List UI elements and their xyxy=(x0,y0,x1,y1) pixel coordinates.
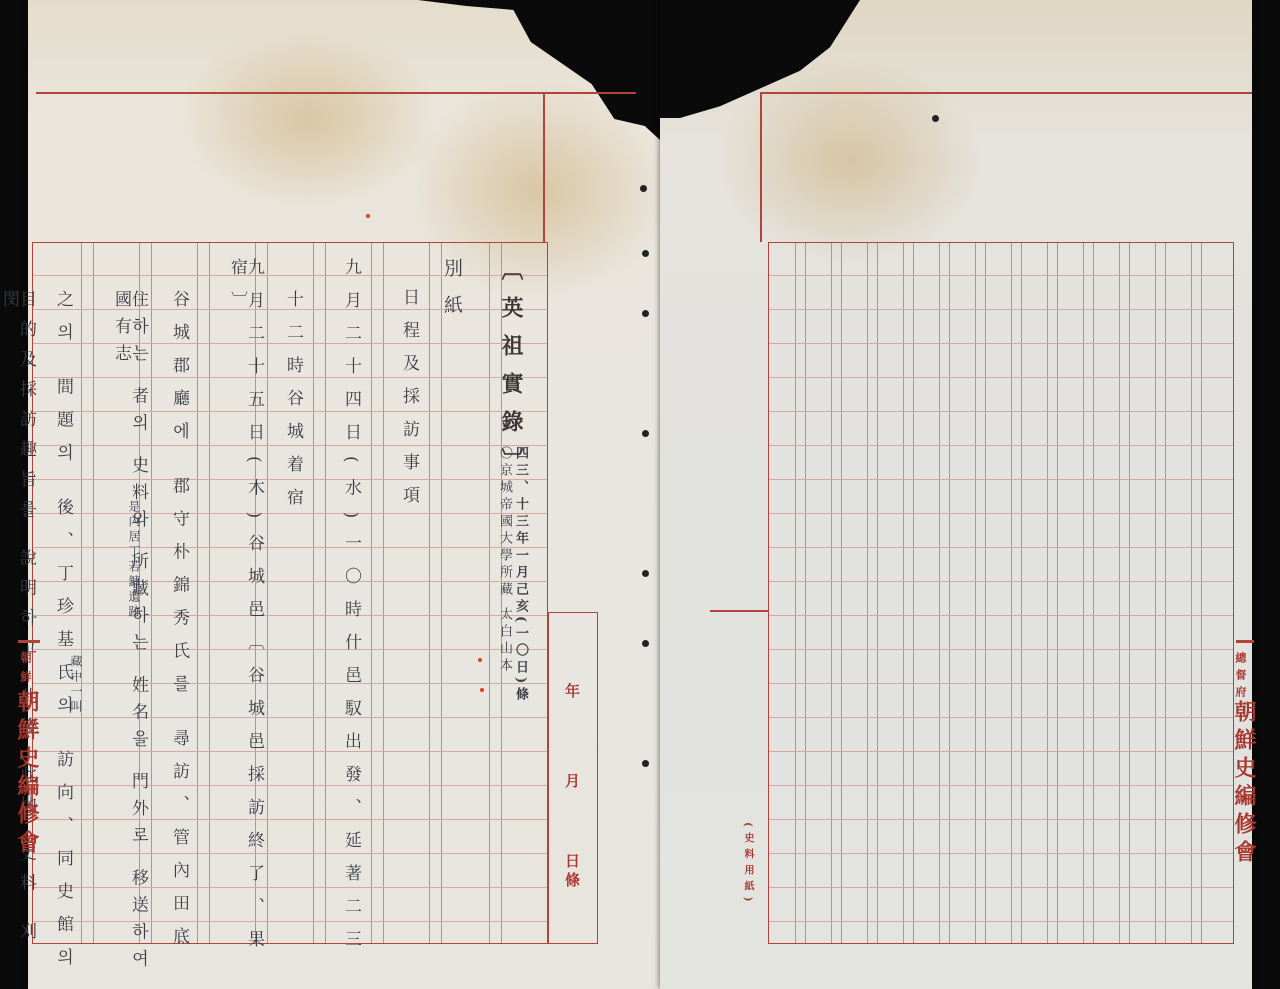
body-column-5: 谷城郡廳에 郡守朴錦秀氏를 尋訪、管內田底 xyxy=(170,290,187,960)
binding-hole xyxy=(640,185,647,192)
date-box: 年 月 日條 xyxy=(548,612,598,944)
footer-box-rule xyxy=(710,610,768,612)
margin-label-small: 總督府 xyxy=(1235,652,1246,703)
water-stain xyxy=(178,30,438,210)
body-column-6: 住하는 者의 史料와 所藏하는 姓名을 門外로 移送하여 國有志 xyxy=(112,290,146,989)
body-column-7: 之의 間題의 後、丁珍基氏의 訪向、同史館의 xyxy=(54,290,71,981)
body-column-4: 九月二十五日(木)谷城邑〔谷城邑採訪終了、果宿〕 xyxy=(228,258,262,989)
binding-hole xyxy=(642,430,649,437)
margin-rule xyxy=(18,640,40,643)
manuscript-grid xyxy=(768,242,1234,944)
binding-hole xyxy=(642,760,649,767)
day-label: 日條 xyxy=(564,853,579,891)
year-label: 年 xyxy=(564,683,579,698)
body-column-2: 九月二十四日(水)一〇時什邑馭出發、延著二三 xyxy=(342,258,359,963)
margin-label-small: 朝鮮 xyxy=(20,652,31,690)
red-mark xyxy=(480,688,484,692)
top-rule xyxy=(760,92,1252,94)
header-divider xyxy=(760,92,762,242)
body-column-3: 十二時谷城着宿 xyxy=(284,290,301,521)
footer-label: (史料用紙) xyxy=(742,822,752,907)
interlinear-note: 是內居丁若鏞遺跡 xyxy=(126,500,143,620)
title-note-1: 四三、十三年一月己亥(一〇日)條 xyxy=(514,446,527,704)
binding-hole xyxy=(642,310,649,317)
red-mark xyxy=(366,214,370,218)
binding-hole xyxy=(642,570,649,577)
body-column-1: 日程及採訪事項 xyxy=(400,288,417,519)
binding-hole xyxy=(642,250,649,257)
top-rule xyxy=(36,92,636,94)
margin-rule xyxy=(1236,640,1254,643)
month-label: 月 xyxy=(564,773,579,788)
binding-hole xyxy=(932,115,939,122)
header-divider xyxy=(543,92,545,242)
binding-hole xyxy=(642,640,649,647)
right-page: (史料用紙) 總督府 朝鮮史編修會 xyxy=(660,0,1252,989)
water-stain xyxy=(720,60,980,260)
left-page: 〔英祖實錄〕 四三、十三年一月己亥(一〇日)條 〇京城帝國大學所藏 太白山本 別… xyxy=(28,0,660,989)
red-mark xyxy=(478,658,482,662)
margin-label-large: 朝鮮史編修會 xyxy=(1233,700,1255,868)
heading-column: 別紙 xyxy=(442,258,461,332)
margin-label-large: 朝鮮史編修會 xyxy=(16,690,38,858)
title-note-2: 〇京城帝國大學所藏 太白山本 xyxy=(498,446,511,675)
interlinear-note: 藏中一叫 xyxy=(68,655,85,715)
